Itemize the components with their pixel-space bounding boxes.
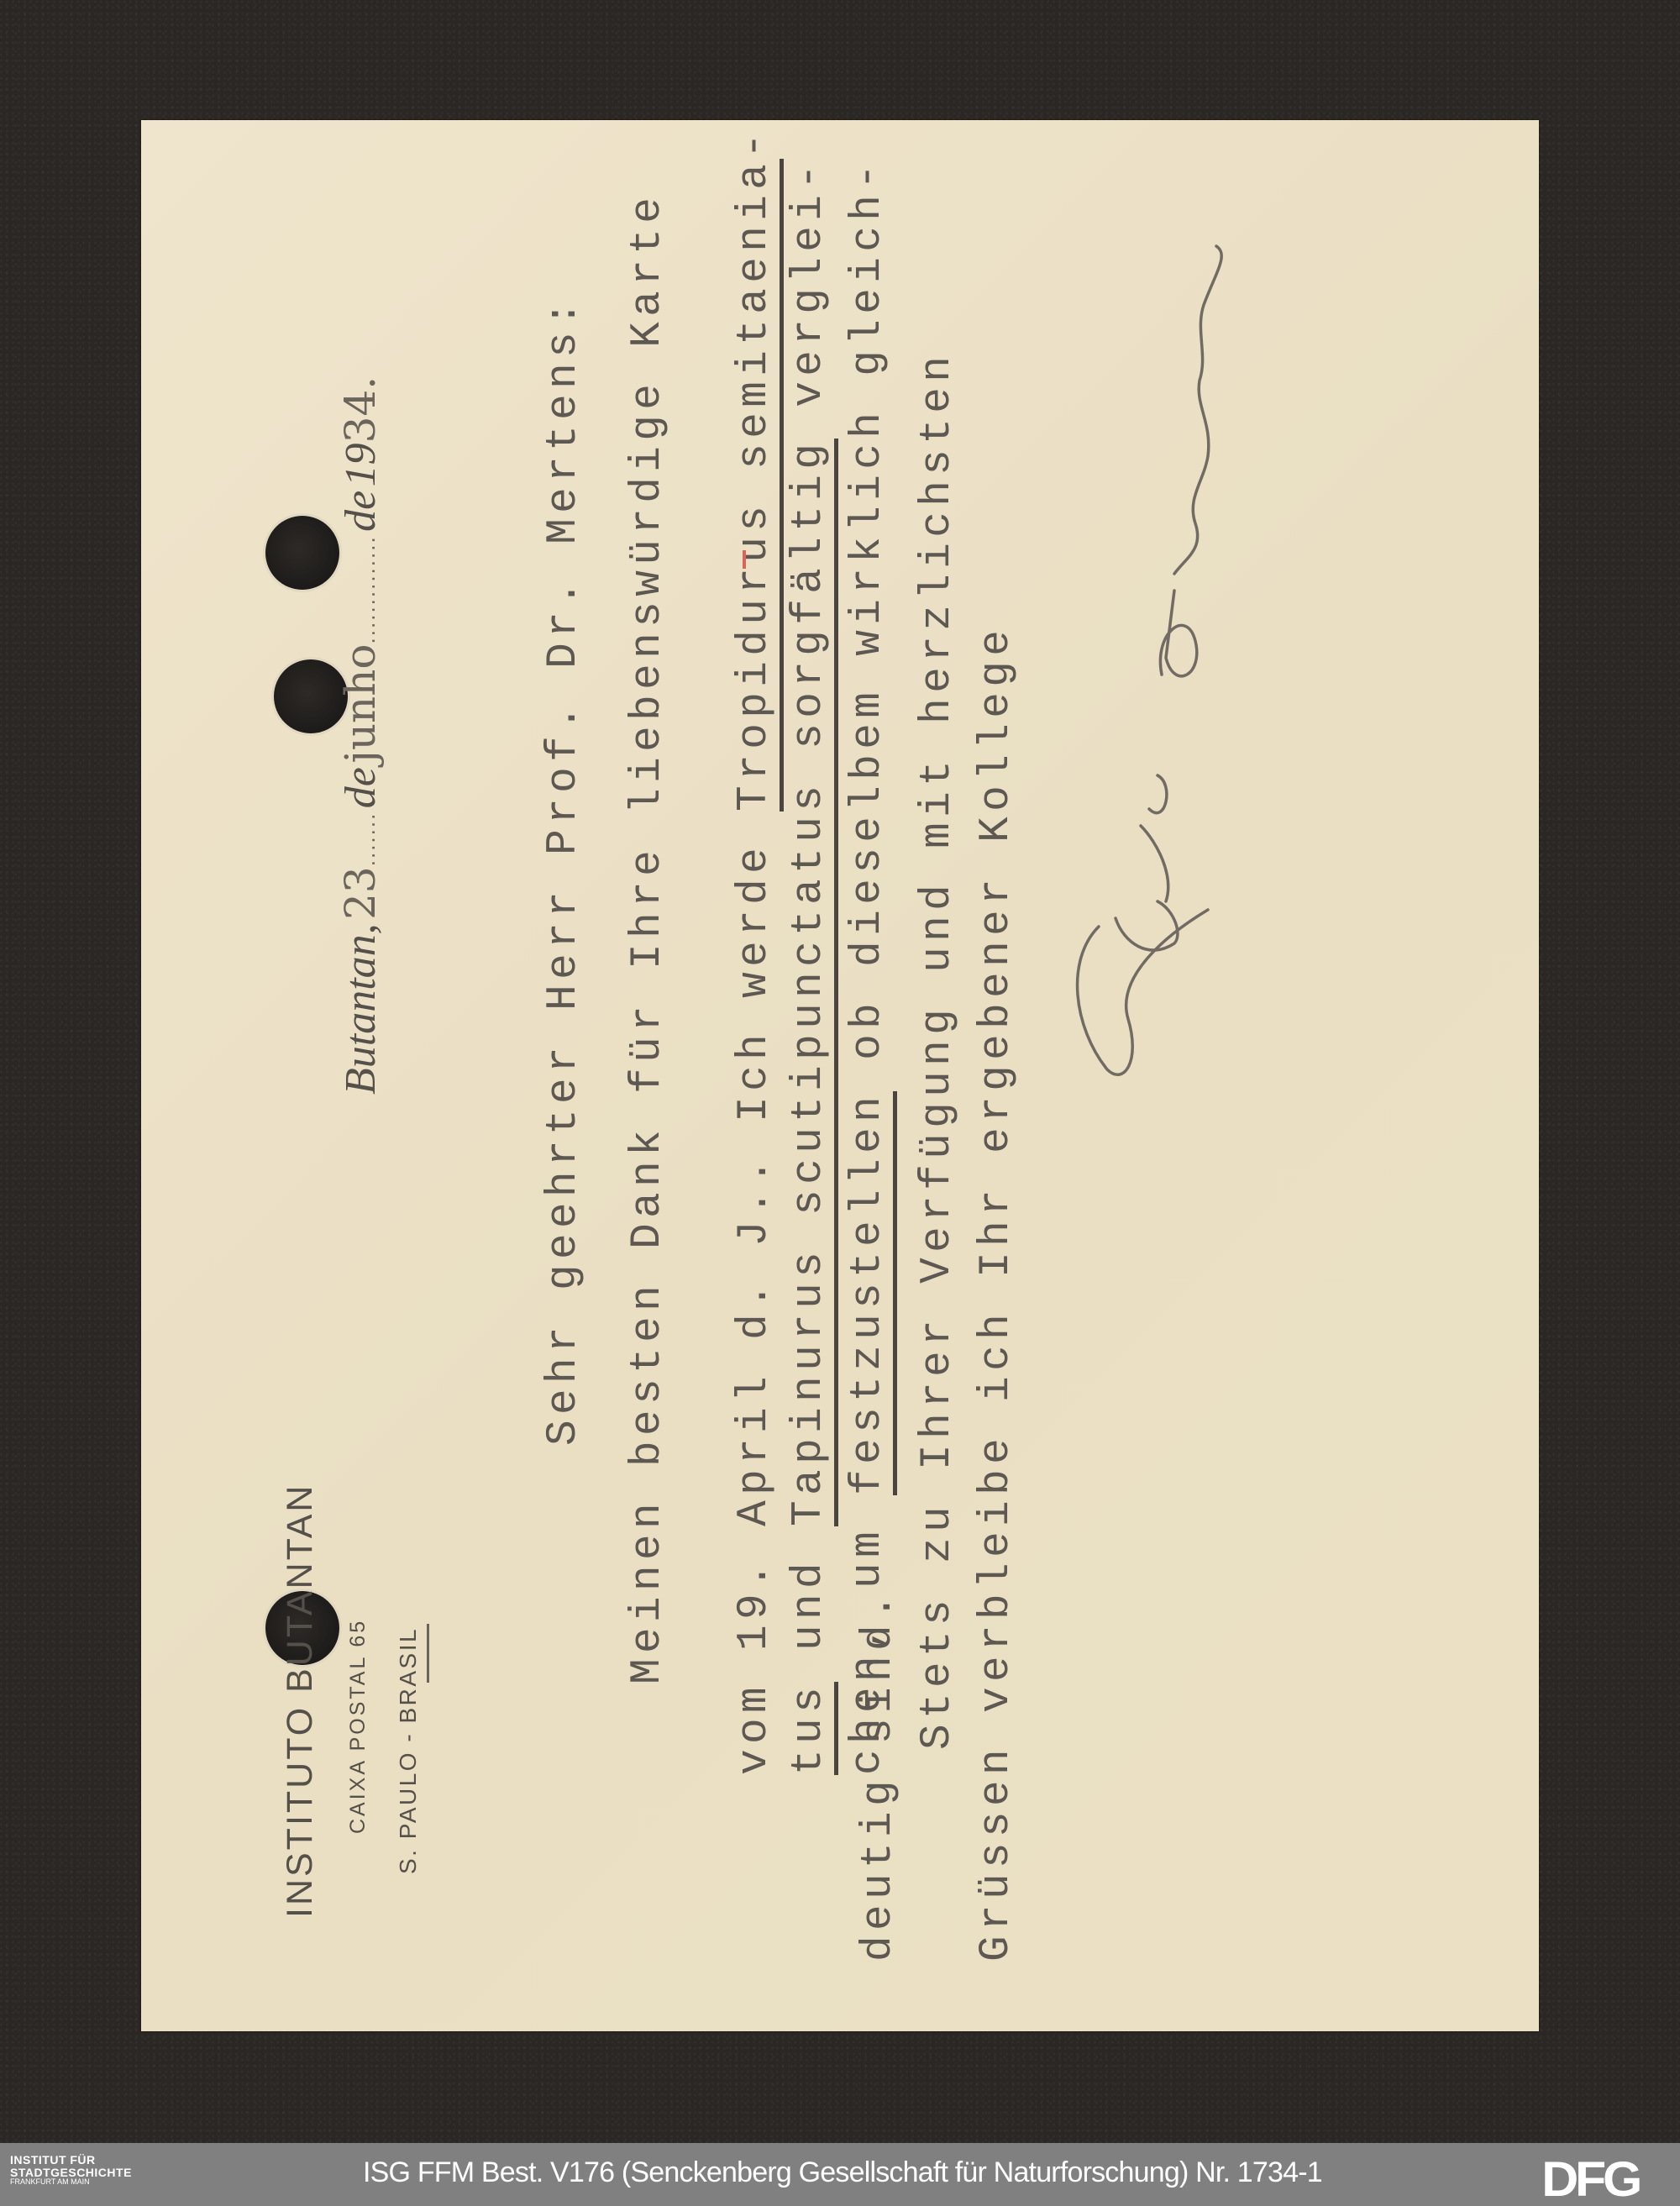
isg-logo-line-2: STADTGESCHICHTE bbox=[10, 2167, 132, 2179]
red-correction-mark bbox=[743, 550, 746, 569]
letterhead-address-1: CAIXA POSTAL 65 bbox=[346, 1619, 370, 1834]
letter-line-7: Grüssen verbleibe ich Ihr ergebener Koll… bbox=[973, 625, 1021, 1962]
dateline-place: Butantan, bbox=[337, 923, 385, 1095]
letter-line-1: Meinen besten Dank für Ihre liebenswürdi… bbox=[624, 192, 672, 1809]
underline-dieselbem: dieselbem bbox=[844, 687, 893, 967]
dateline-year-suffix: 34 bbox=[336, 390, 385, 444]
isg-logo[interactable]: INSTITUT FÜR STADTGESCHICHTE FRANKFURT A… bbox=[10, 2154, 132, 2187]
letter-line-6: Stets zu Ihrer Verfügung und mit herzlic… bbox=[914, 351, 962, 1874]
dateline-de-1: de bbox=[337, 767, 385, 808]
dateline-month: junho bbox=[336, 643, 385, 763]
letterhead-institution: INSTITUTO BUTANTAN bbox=[280, 1484, 321, 1918]
isg-logo-line-3: FRANKFURT AM MAIN bbox=[10, 2178, 132, 2186]
underline-festzustellen: festzustellen bbox=[844, 1091, 897, 1495]
handwritten-signature bbox=[1048, 238, 1250, 1086]
dateline-de-2: de bbox=[337, 491, 385, 532]
dateline: Butantan, 23....... de junho............… bbox=[336, 376, 386, 1095]
dfg-logo[interactable]: DFG bbox=[1541, 2151, 1639, 2206]
letterhead-address-2: S. PAULO - BRASIL bbox=[395, 1627, 422, 1874]
line-2-hyphen: - bbox=[731, 128, 779, 159]
dateline-period: . bbox=[336, 376, 385, 390]
letter-line-5: deutig sind. bbox=[855, 1589, 903, 1962]
punch-hole-1 bbox=[265, 516, 339, 590]
salutation: Sehr geehrter Herr Prof. Dr. Mertens: bbox=[540, 296, 588, 1446]
archive-signature-caption: ISG FFM Best. V176 (Senckenberg Gesellsc… bbox=[363, 2156, 1322, 2189]
dateline-year-prefix: 19 bbox=[337, 443, 385, 486]
line-4-text-b: ob bbox=[844, 967, 892, 1091]
line-4-text-c: wirklich gleich- bbox=[844, 159, 892, 687]
letterhead-rule bbox=[427, 1624, 429, 1683]
isg-logo-line-1: INSTITUT FÜR bbox=[10, 2154, 132, 2167]
postcard: INSTITUTO BUTANTAN CAIXA POSTAL 65 S. PA… bbox=[141, 120, 1539, 2031]
archive-footer-bar: INSTITUT FÜR STADTGESCHICHTE FRANKFURT A… bbox=[0, 2143, 1680, 2206]
dateline-day: 23 bbox=[336, 866, 385, 920]
